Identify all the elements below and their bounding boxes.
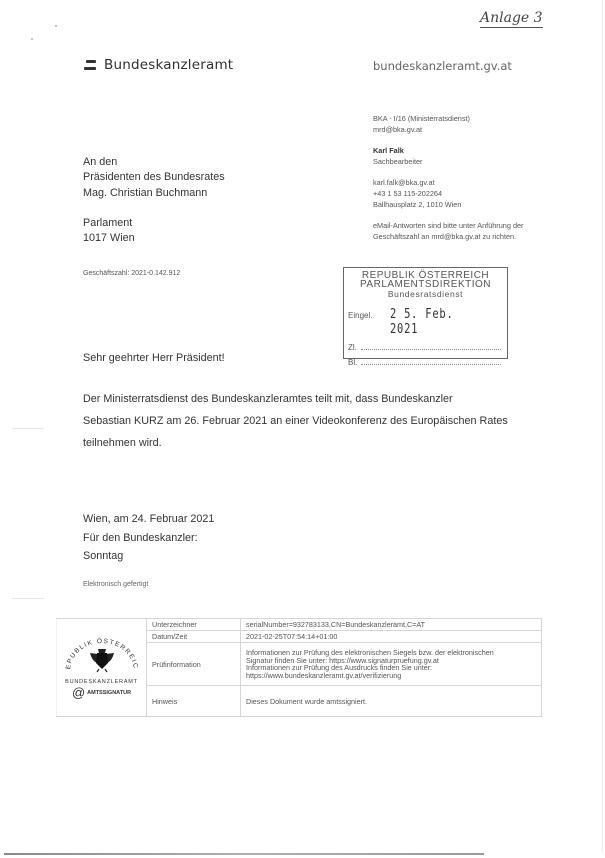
body-line: teilnehmen wird. <box>83 432 508 454</box>
stamp-bl-label: Bl. <box>348 358 357 367</box>
recipient-line: 1017 Wien <box>83 231 225 246</box>
amtssignatur-badge: @ AMTSSIGNATUR <box>59 688 144 698</box>
stamp-received-date: 2 5. Feb. 2021 <box>390 307 483 337</box>
org-logo: Bundeskanzleramt <box>84 57 233 73</box>
recipient-line: An den <box>83 155 225 170</box>
salutation: Sehr geehrter Herr Präsident! <box>83 352 225 364</box>
reply-note-line1: eMail-Antworten sind bitte unter Anführu… <box>373 220 523 231</box>
sig-value: serialNumber=932783133,CN=Bundeskanzlera… <box>241 619 542 631</box>
signature-table: REPUBLIK ÖSTERREICH BUNDESKANZLERAMT @ A… <box>56 618 542 717</box>
letter-body: Der Ministerratsdienst des Bundeskanzler… <box>83 388 508 454</box>
sig-value: 2021-02-25T07:54:14+01:00 <box>241 631 542 643</box>
org-name: Bundeskanzleramt <box>104 57 233 73</box>
recipient-address: An den Präsidenten des Bundesrates Mag. … <box>83 155 225 246</box>
receipt-stamp: REPUBLIK ÖSTERREICH PARLAMENTSDIREKTION … <box>343 267 508 359</box>
electronic-note: Elektronisch gefertigt <box>83 581 148 588</box>
sender-block: BKA - I/16 (Ministerratsdienst) mrd@bka.… <box>373 113 523 242</box>
sig-label: Datum/Zeit <box>147 631 241 643</box>
scan-mark <box>12 598 44 599</box>
at-sign-icon: @ <box>72 688 85 698</box>
website-link[interactable]: bundeskanzleramt.gv.at <box>373 59 512 73</box>
eagle-icon <box>90 649 114 672</box>
sig-label: Hinweis <box>147 686 241 717</box>
seal-cell: REPUBLIK ÖSTERREICH BUNDESKANZLERAMT @ A… <box>57 619 147 717</box>
sender-name: Karl Falk <box>373 146 404 155</box>
recipient-line: Mag. Christian Buchmann <box>83 186 225 201</box>
on-behalf: Für den Bundeskanzler: <box>83 529 214 548</box>
stamp-bl-field <box>361 363 501 365</box>
stamp-zl-field <box>361 348 501 350</box>
scan-speck <box>31 38 33 40</box>
scan-mark <box>12 428 44 429</box>
handwritten-annotation: Anlage 3 <box>480 10 543 28</box>
stamp-line2: PARLAMENTSDIREKTION <box>344 280 507 289</box>
body-line: Der Ministerratsdienst des Bundeskanzler… <box>83 388 508 410</box>
verification-link[interactable]: https://www.bundeskanzleramt.gv.at/verif… <box>246 672 536 680</box>
stamp-received-label: Eingel. <box>348 311 372 320</box>
sender-phone: +43 1 53 115-202264 <box>373 188 523 199</box>
sender-role: Sachbearbeiter <box>373 156 523 167</box>
reply-note-line2: Geschäftszahl an mrd@bka.gv.at zu richte… <box>373 231 523 242</box>
seal-arc-text: REPUBLIK ÖSTERREICH <box>62 637 142 673</box>
sender-email[interactable]: karl.falk@bka.gv.at <box>373 177 523 188</box>
place-date: Wien, am 24. Februar 2021 <box>83 510 214 529</box>
closing-block: Wien, am 24. Februar 2021 Für den Bundes… <box>83 510 214 566</box>
sig-value: Dieses Dokument wurde amtssigniert. <box>241 686 542 717</box>
sig-value-multiline: Informationen zur Prüfung des elektronis… <box>241 643 542 686</box>
department-email[interactable]: mrd@bka.gv.at <box>373 124 523 135</box>
recipient-line: Parlament <box>83 216 225 231</box>
page-edge-shadow <box>4 853 484 855</box>
scan-speck <box>55 25 57 27</box>
sender-address: Ballhausplatz 2, 1010 Wien <box>373 199 523 210</box>
reference-number: Geschäftszahl: 2021-0.142.912 <box>83 270 180 277</box>
stamp-zl-label: Zl. <box>348 343 357 352</box>
department: BKA - I/16 (Ministerratsdienst) <box>373 113 523 124</box>
body-line: Sebastian KURZ am 26. Februar 2021 an ei… <box>83 410 508 432</box>
stamp-line3: Bundesratsdienst <box>344 289 507 299</box>
recipient-line: Präsidenten des Bundesrates <box>83 170 225 185</box>
austrian-flag-bars-icon <box>84 60 96 70</box>
page-edge <box>602 0 603 852</box>
sig-label: Unterzeichner <box>147 619 241 631</box>
sig-label: Prüfinformation <box>147 643 241 686</box>
signatory: Sonntag <box>83 547 214 566</box>
